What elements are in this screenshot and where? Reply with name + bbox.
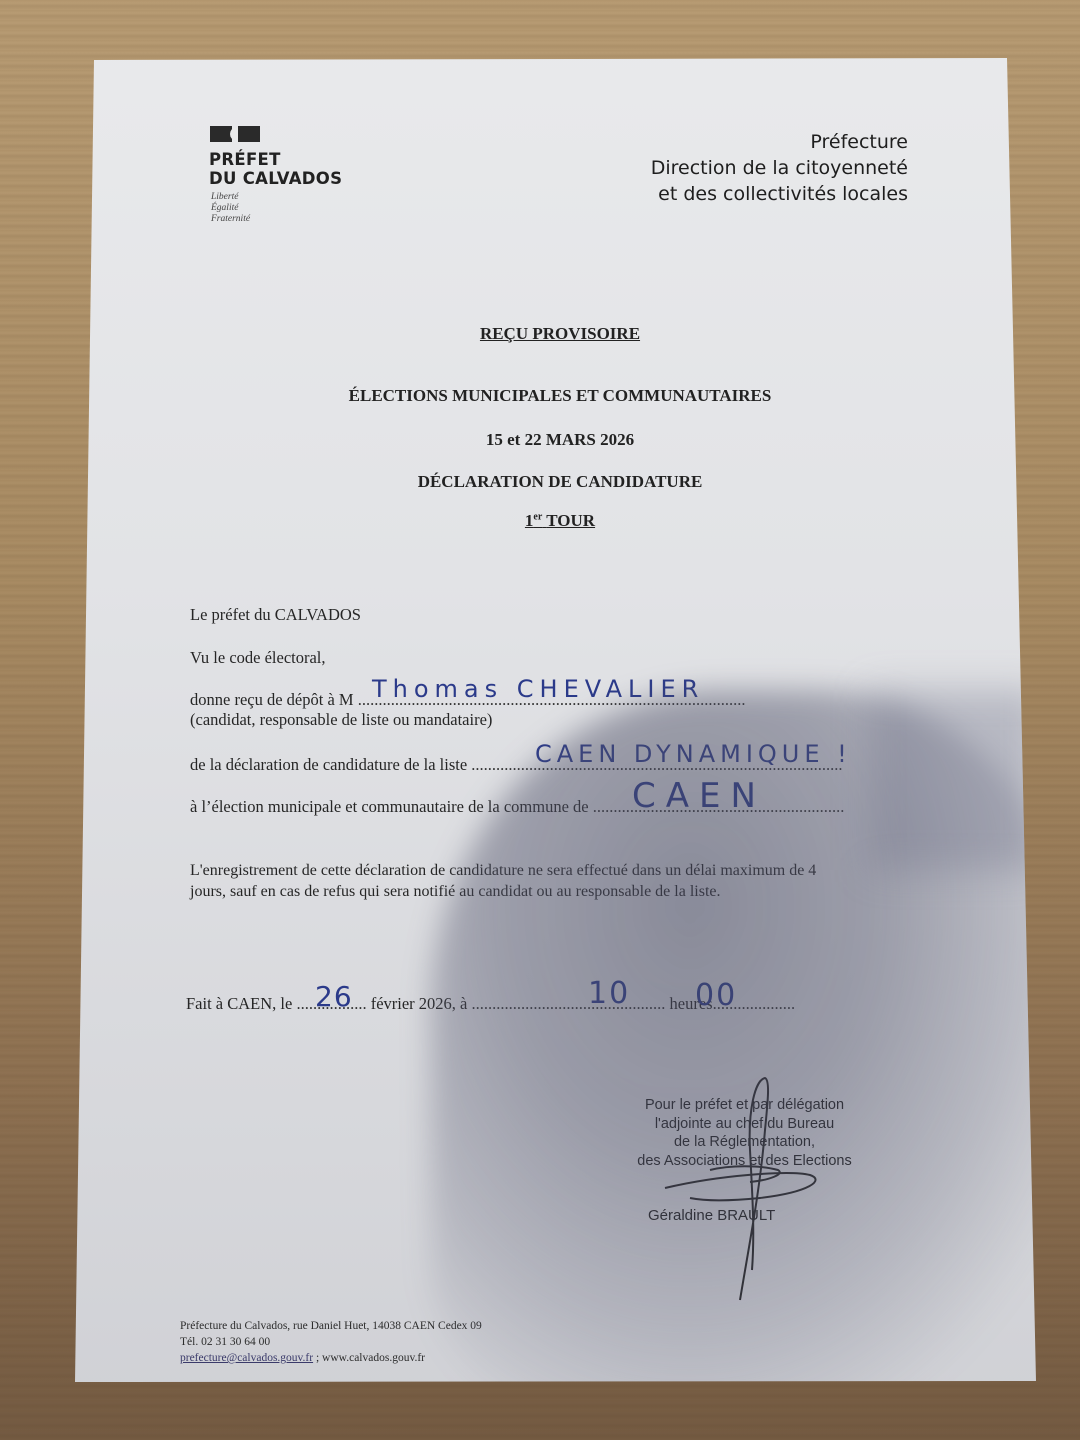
commune-handwritten: CAEN	[632, 776, 766, 816]
electoral-code-line: Vu le code électoral,	[190, 648, 326, 668]
motto-liberte: Liberté	[211, 192, 250, 203]
footer-email-link[interactable]: prefecture@calvados.gouv.fr	[180, 1352, 313, 1364]
prefect-line: Le préfet du CALVADOS	[190, 605, 361, 625]
month-year: février 2026, à	[371, 994, 468, 1013]
list-name-handwritten: CAEN DYNAMIQUE !	[535, 740, 935, 768]
department-line2: Direction de la citoyenneté	[651, 155, 908, 181]
department-line3: et des collectivités locales	[651, 181, 908, 207]
hour-handwritten: 10	[588, 976, 630, 1011]
prefet-logo-title: PRÉFET DU CALVADOS	[209, 150, 342, 188]
document-content: PRÉFET DU CALVADOS Liberté Égalité Frate…	[0, 0, 1080, 1440]
signer-name: Géraldine BRAULT	[648, 1207, 775, 1224]
footer-address: Préfecture du Calvados, rue Daniel Huet,…	[180, 1318, 482, 1334]
footer-separator: ;	[313, 1352, 322, 1364]
logo-title-line2: DU CALVADOS	[209, 169, 342, 188]
minutes-handwritten: 00	[695, 978, 737, 1013]
marianne-logo-icon	[210, 126, 260, 142]
footer-phone: Tél. 02 31 30 64 00	[180, 1334, 482, 1350]
deposit-label: donne reçu de dépôt à M	[190, 690, 354, 709]
footer-contact: Préfecture du Calvados, rue Daniel Huet,…	[180, 1318, 482, 1366]
department-header: Préfecture Direction de la citoyenneté e…	[651, 129, 908, 207]
round-title: 1er TOUR	[290, 511, 830, 531]
notice-line2: jours, sauf en cas de refus qui sera not…	[190, 883, 720, 901]
republic-motto: Liberté Égalité Fraternité	[211, 192, 250, 225]
logo-title-line1: PRÉFET	[209, 150, 342, 169]
receipt-title: REÇU PROVISOIRE	[290, 324, 830, 344]
date-prefix: Fait à CAEN, le	[186, 994, 292, 1013]
footer-website: www.calvados.gouv.fr	[322, 1352, 425, 1364]
department-line1: Préfecture	[651, 129, 908, 155]
notice-line1: L'enregistrement de cette déclaration de…	[190, 862, 816, 880]
election-title: ÉLECTIONS MUNICIPALES ET COMMUNAUTAIRES	[290, 386, 830, 406]
motto-egalite: Égalité	[211, 203, 250, 214]
handwritten-signature-icon	[660, 1070, 860, 1320]
deposit-name-handwritten: Thomas CHEVALIER	[372, 675, 732, 703]
motto-fraternite: Fraternité	[211, 214, 250, 225]
commune-label: à l’élection municipale et communautaire…	[190, 797, 589, 816]
declaration-title: DÉCLARATION DE CANDIDATURE	[290, 472, 830, 492]
day-handwritten: 26	[315, 980, 353, 1013]
deposit-note: (candidat, responsable de liste ou manda…	[190, 710, 492, 730]
list-label: de la déclaration de candidature de la l…	[190, 755, 467, 774]
election-dates: 15 et 22 MARS 2026	[290, 430, 830, 450]
